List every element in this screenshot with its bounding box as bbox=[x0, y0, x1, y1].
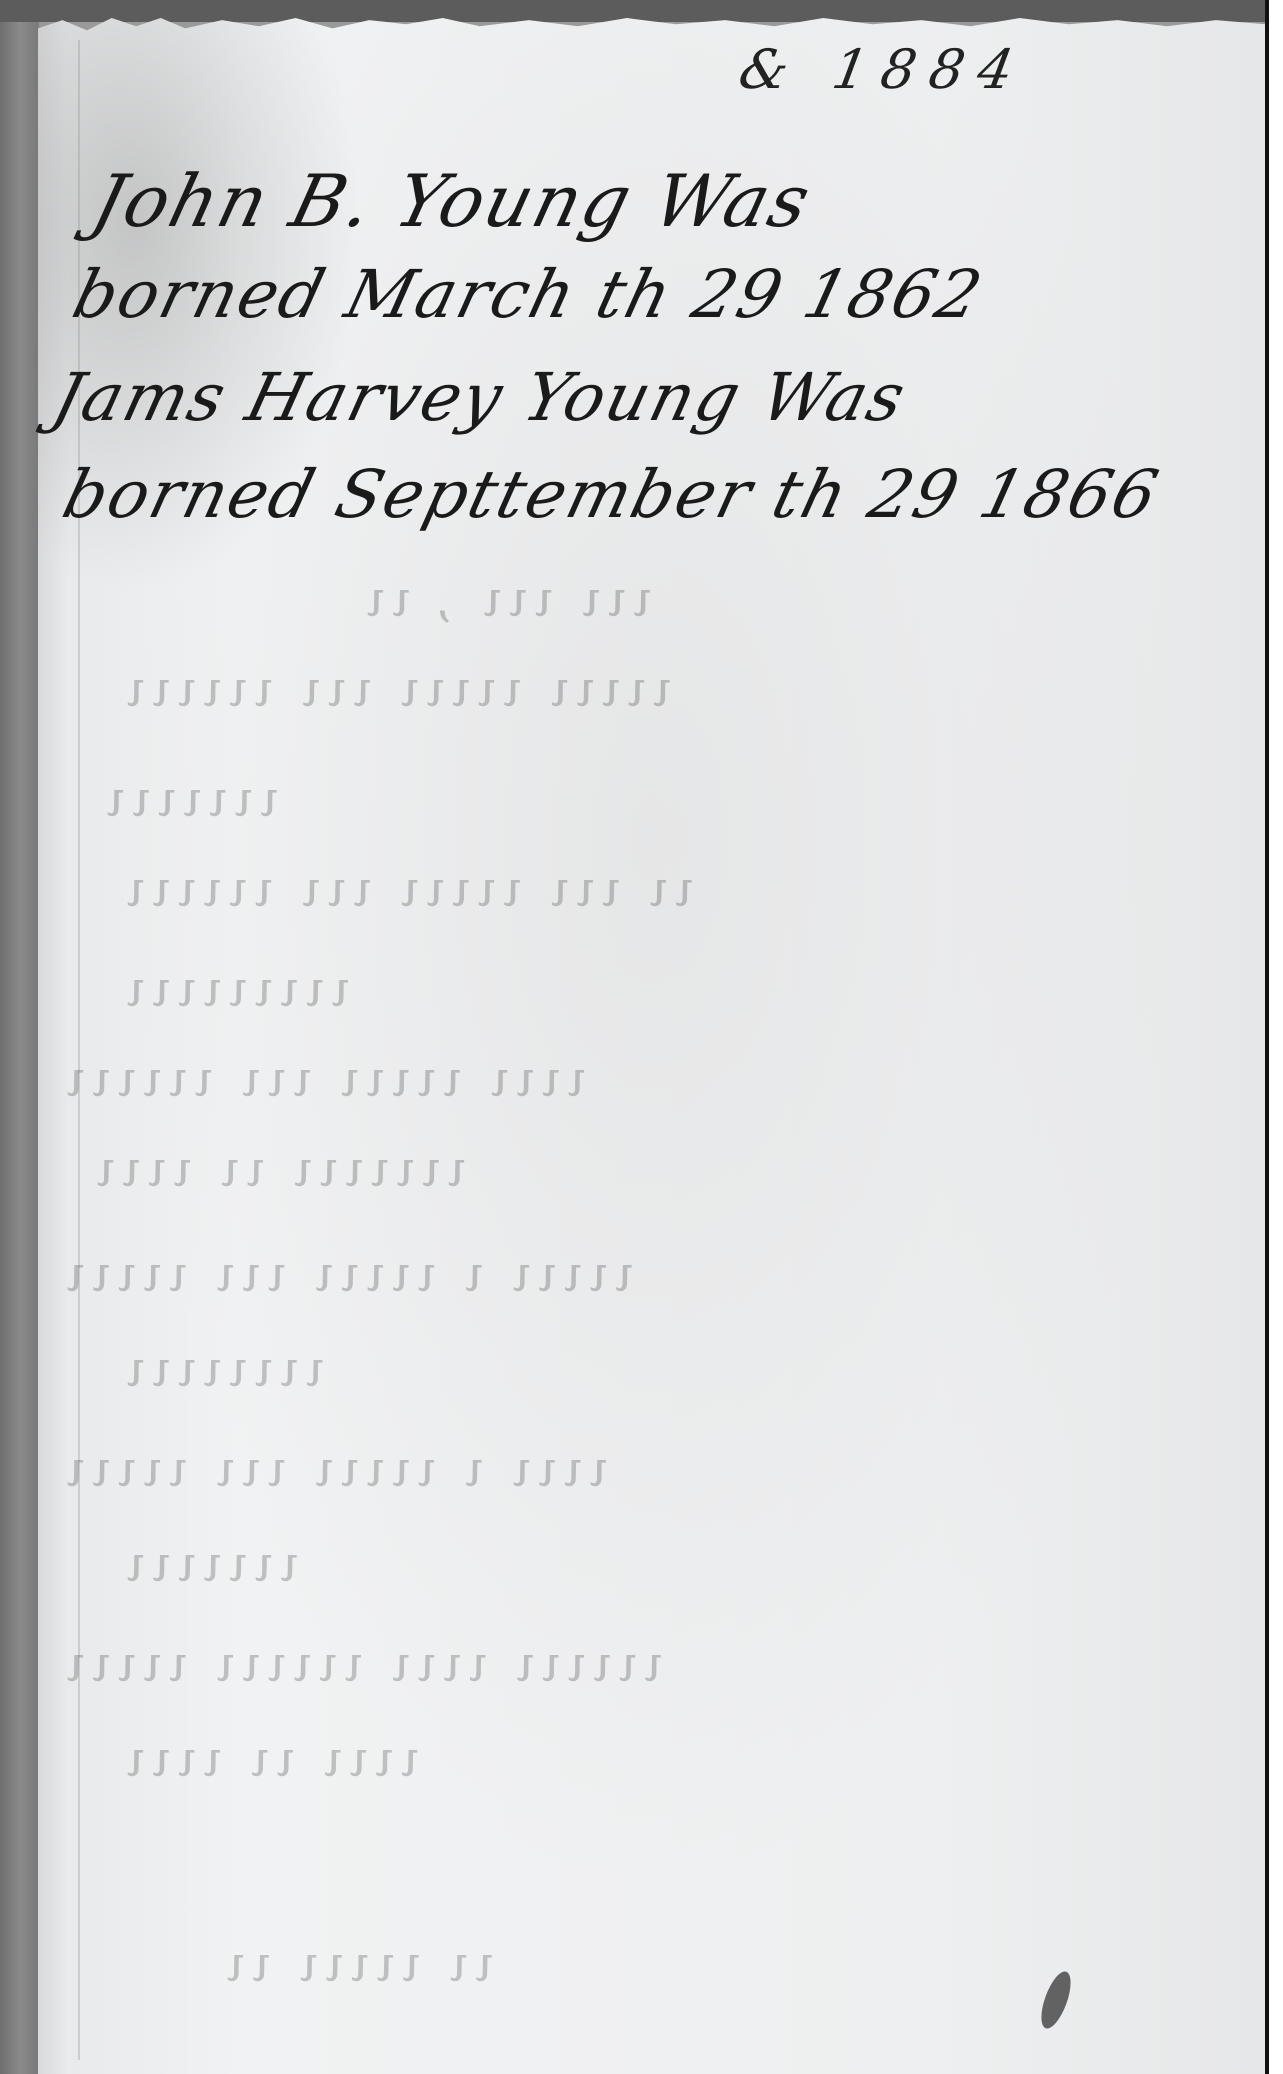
entry-2-line-1: Jams Harvey Young Was bbox=[47, 365, 913, 431]
entry-1-line-2: borned March th 29 1862 bbox=[67, 262, 990, 328]
bleed-stroke: ιιιιιι ιιιι ιιιιιι ιιιιι bbox=[54, 1635, 670, 1693]
bleed-stroke: ιιι ιιι ‚ ιι bbox=[354, 570, 659, 628]
bleed-stroke: ιιιιιιι bbox=[94, 770, 286, 828]
bleed-stroke: ιιιι ιιιιι ιιι ιιιιιι bbox=[54, 1050, 593, 1108]
bleed-stroke: ιιιι ιι ιιιι bbox=[114, 1730, 426, 1788]
bleed-stroke: ιιιιιιιι bbox=[114, 1340, 331, 1398]
bleed-stroke: ιιιιι ιιιιι ιιι ιιιιιι bbox=[114, 660, 679, 718]
scan-top-shadow bbox=[0, 0, 1265, 22]
bleed-stroke: ιιιιιιι ιι ιιιι bbox=[84, 1140, 473, 1198]
entry-1-line-1: John B. Young Was bbox=[86, 165, 818, 237]
entry-2-line-2: borned Septtember th 29 1866 bbox=[57, 462, 1166, 528]
corner-year-note: & 1884 bbox=[734, 38, 1032, 101]
page-right-edge bbox=[1265, 0, 1269, 2074]
bleed-stroke: ιιιιιιι bbox=[114, 1535, 306, 1593]
bleed-stroke: ιι ιιι ιιιιι ιιι ιιιιιι bbox=[114, 860, 700, 918]
bleed-stroke: ιι ιιιιι ιι bbox=[214, 1935, 501, 1993]
bleed-stroke: ιιιι ι ιιιιι ιιι ιιιιι bbox=[54, 1440, 615, 1498]
bleed-stroke: ιιιιι ι ιιιιι ιιι ιιιιι bbox=[54, 1245, 640, 1303]
bleed-stroke: ιιιιιιιιι bbox=[114, 960, 357, 1018]
